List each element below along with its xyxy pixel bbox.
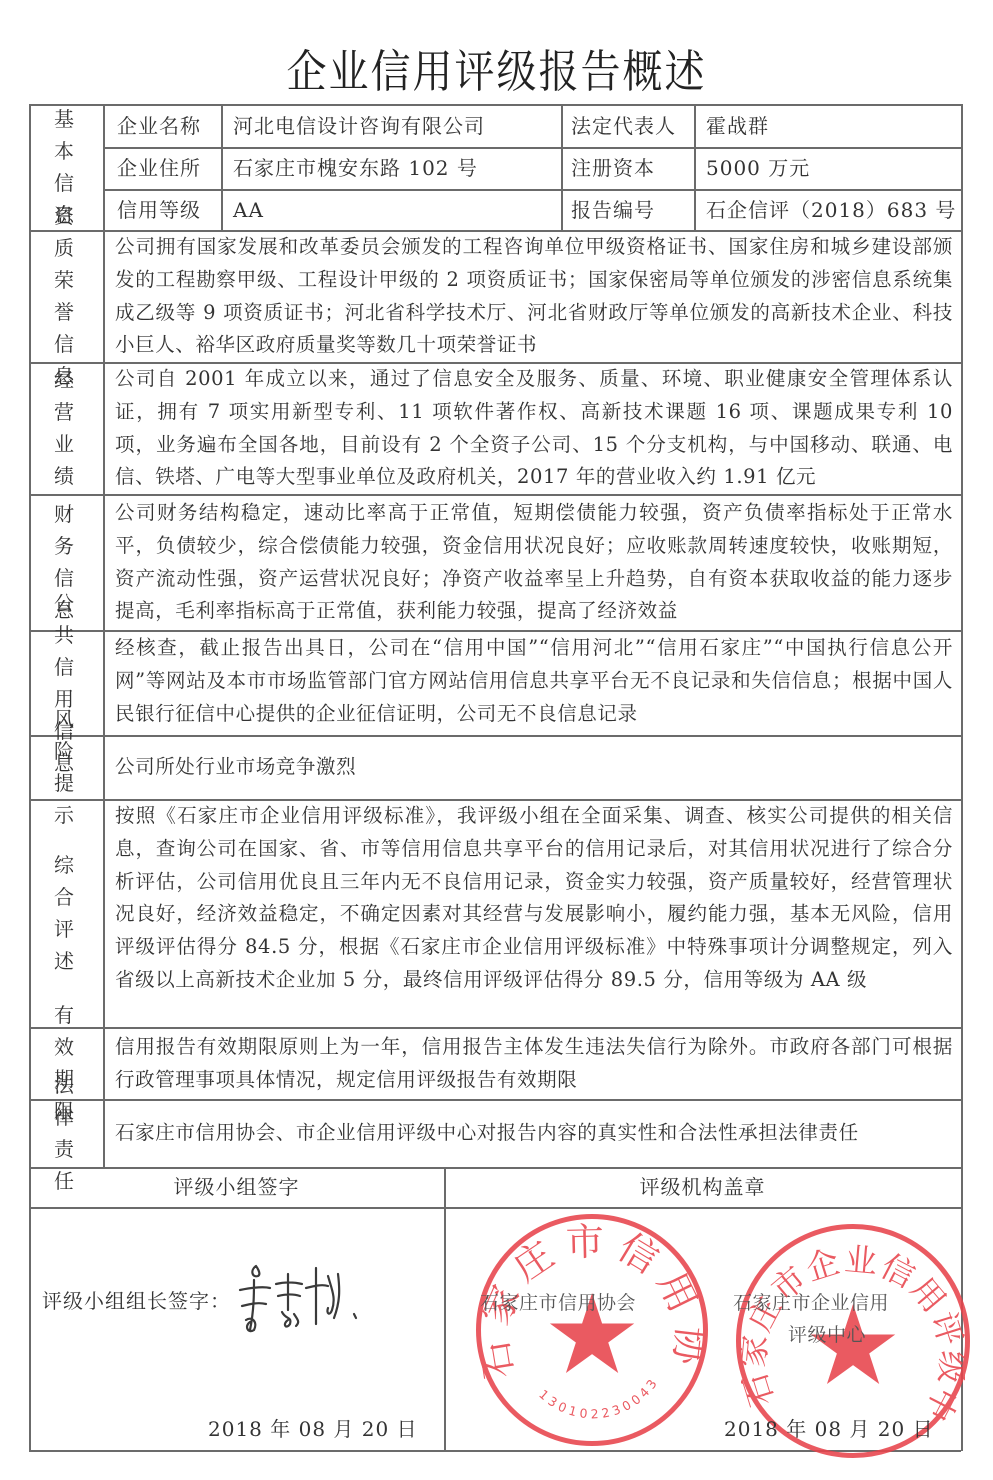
performance-label: 经营业绩 [29, 362, 103, 494]
legal-liability-label: 法律责任 [29, 1099, 103, 1167]
performance-text: 公司自 2001 年成立以来，通过了信息安全及服务、质量、环境、职业健康安全管理… [103, 363, 961, 494]
report-number-value: 石企信评（2018）683 号 [694, 189, 961, 230]
risk-label: 风险提示 [29, 735, 103, 799]
qualification-label: 资质荣誉信息 [29, 230, 103, 362]
company-name-value: 河北电信设计咨询有限公司 [221, 104, 561, 147]
summary-label-text: 综合评述 [43, 849, 89, 977]
summary-text: 按照《石家庄市企业信用评级标准》，我评级小组在全面采集、调查、核实公司提供的相关… [103, 800, 961, 1027]
legal-rep-value: 霍战群 [694, 104, 961, 147]
qualification-text: 公司拥有国家发展和改革委员会颁发的工程咨询单位甲级资格证书、国家住房和城乡建设部… [103, 231, 961, 362]
org2-name-line1: 石家庄市企业信用 [733, 1288, 889, 1315]
legal-liability-text: 石家庄市信用协会、市企业信用评级中心对报告内容的真实性和合法性承担法律责任 [103, 1099, 961, 1167]
org-seal-date: 2018 年 08 月 20 日 [724, 1413, 934, 1442]
summary-label: 综合评述 [29, 799, 103, 1027]
company-address-value: 石家庄市槐安东路 102 号 [221, 147, 561, 189]
registered-capital-value: 5000 万元 [694, 147, 961, 189]
public-credit-text: 经核查，截止报告出具日，公司在“信用中国”“信用河北”“信用石家庄”“中国执行信… [103, 632, 961, 735]
company-name-label: 企业名称 [103, 104, 221, 147]
org2-name-line2: 评级中心 [788, 1320, 866, 1347]
legal-rep-label: 法定代表人 [561, 104, 694, 147]
financial-text: 公司财务结构稳定，速动比率高于正常值，短期偿债能力较强，资产负债率指标处于正常水… [103, 497, 961, 630]
validity-text: 信用报告有效期限原则上为一年，信用报告主体发生违法失信行为除外。市政府各部门可根… [103, 1031, 961, 1099]
team-signature-date: 2018 年 08 月 20 日 [208, 1413, 418, 1442]
team-signature-header: 评级小组签字 [29, 1167, 444, 1207]
report-number-label: 报告编号 [561, 189, 694, 230]
credit-grade-value: AA [221, 189, 561, 230]
leader-signature-label: 评级小组组长签字： [42, 1284, 231, 1318]
org1-name: 石家庄市信用协会 [480, 1288, 636, 1315]
handwritten-signature [236, 1260, 366, 1340]
company-address-label: 企业住所 [103, 147, 221, 189]
risk-text: 公司所处行业市场竞争激烈 [103, 735, 961, 799]
seal-ring-text: 石家庄市信用协会 1301022300430 [481, 1219, 703, 1441]
credit-grade-label: 信用等级 [103, 189, 221, 230]
document-title: 企业信用评级报告概述 [0, 37, 993, 101]
org-seal-header: 评级机构盖章 [444, 1167, 961, 1207]
performance-label-text: 经营业绩 [43, 364, 89, 492]
seal-credit-association: ★ 石家庄市信用协会 1301022300430 [476, 1214, 708, 1446]
registered-capital-label: 注册资本 [561, 147, 694, 189]
